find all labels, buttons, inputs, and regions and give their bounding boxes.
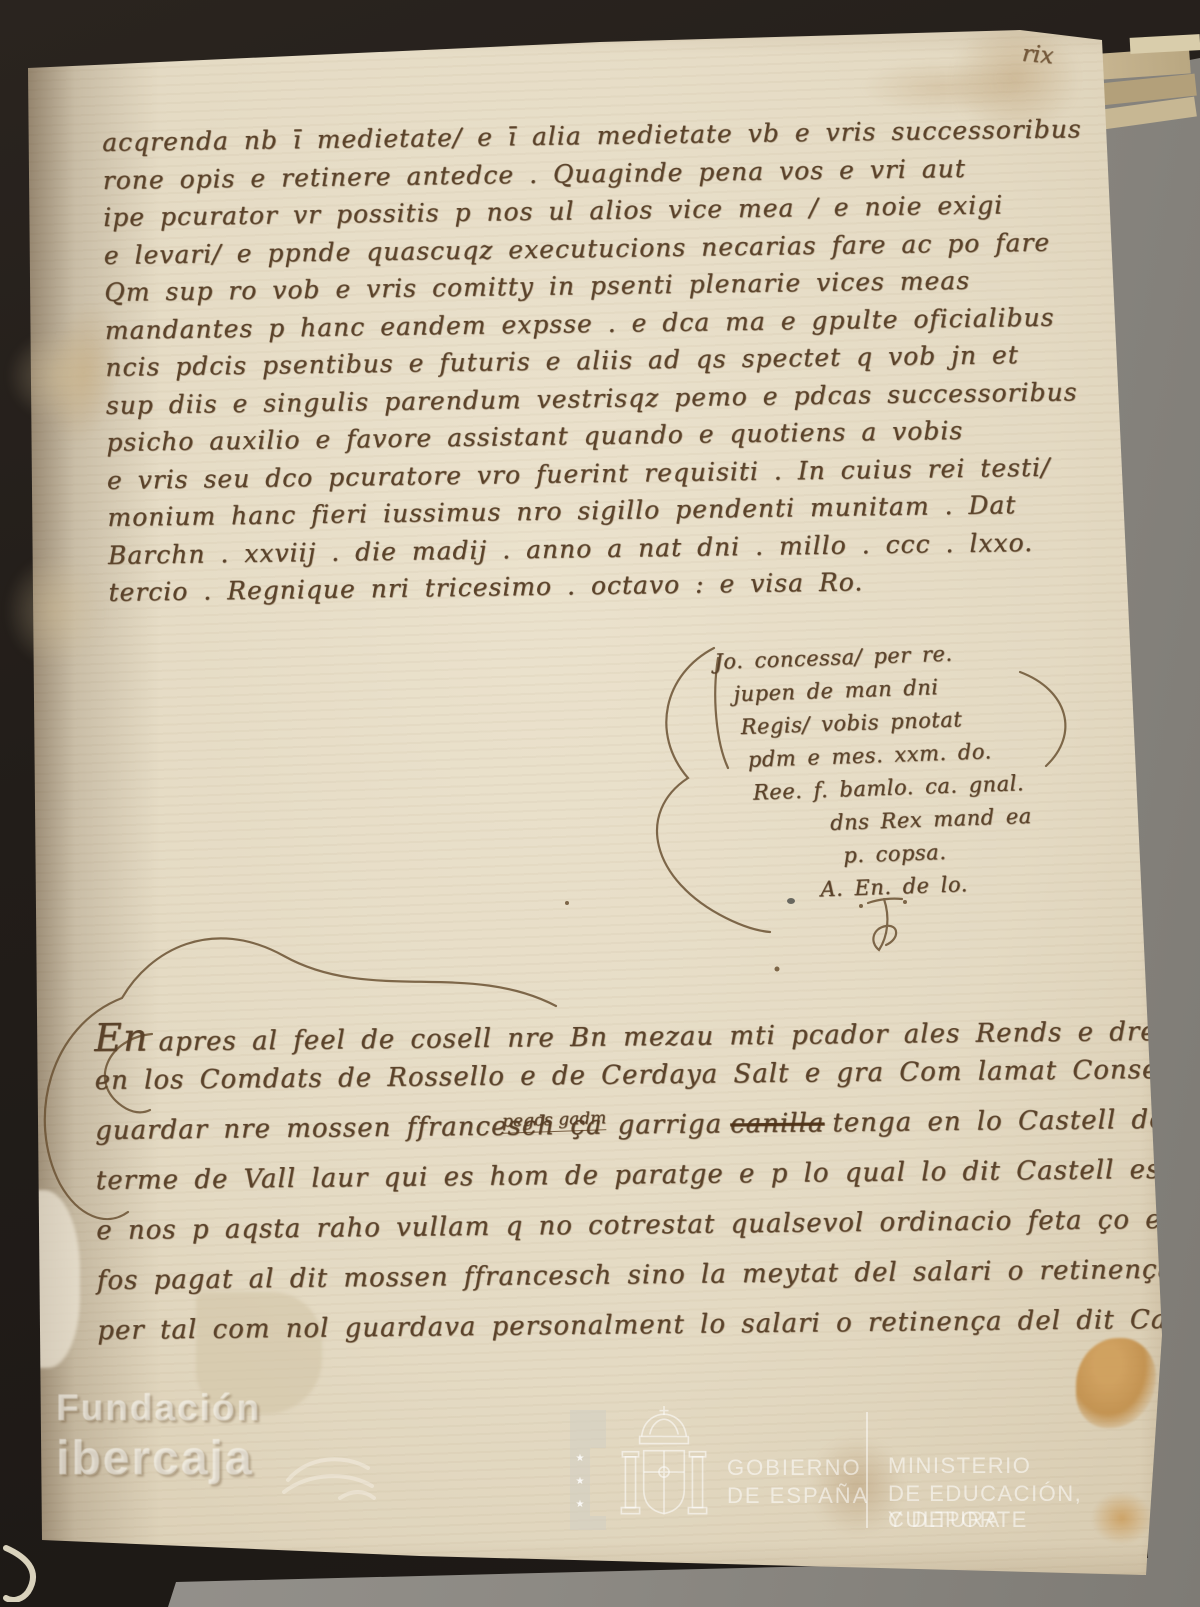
catalan-text-block: Enapres al feel de cosell nre Bn mezau m… bbox=[94, 1006, 1088, 1366]
wax-stain bbox=[1092, 1492, 1152, 1544]
manuscript-line: A. En. de lo. bbox=[820, 870, 1035, 910]
stain bbox=[860, 60, 1020, 115]
interlinear-insertion: pegos gadm bbox=[502, 1108, 607, 1134]
binding-thread bbox=[0, 1542, 60, 1602]
decorated-initial: En bbox=[94, 1015, 149, 1060]
latin-text-block: acqrenda nb ī medietate/ e ī alia mediet… bbox=[102, 114, 1089, 615]
manuscript-line: per tal com nol guardava personalment lo… bbox=[97, 1306, 1087, 1366]
book-page-edges bbox=[1130, 34, 1200, 54]
previous-page-edge bbox=[0, 52, 24, 1552]
ink-dot bbox=[775, 967, 780, 972]
ink-dot bbox=[565, 901, 569, 905]
manuscript-page: rix acqrenda nb ī medietate/ e ī alia me… bbox=[0, 0, 1200, 1607]
wax-stain bbox=[1076, 1338, 1156, 1428]
struck-word: canilla bbox=[730, 1108, 825, 1139]
notarial-note-block: Jo. concessa/ per re. jupen de man dni R… bbox=[712, 639, 1035, 914]
photograph-of-manuscript: { "folio": { "number": "rix" }, "manuscr… bbox=[0, 0, 1200, 1607]
stain bbox=[810, 1436, 905, 1536]
folio-number: rix bbox=[1021, 41, 1054, 70]
